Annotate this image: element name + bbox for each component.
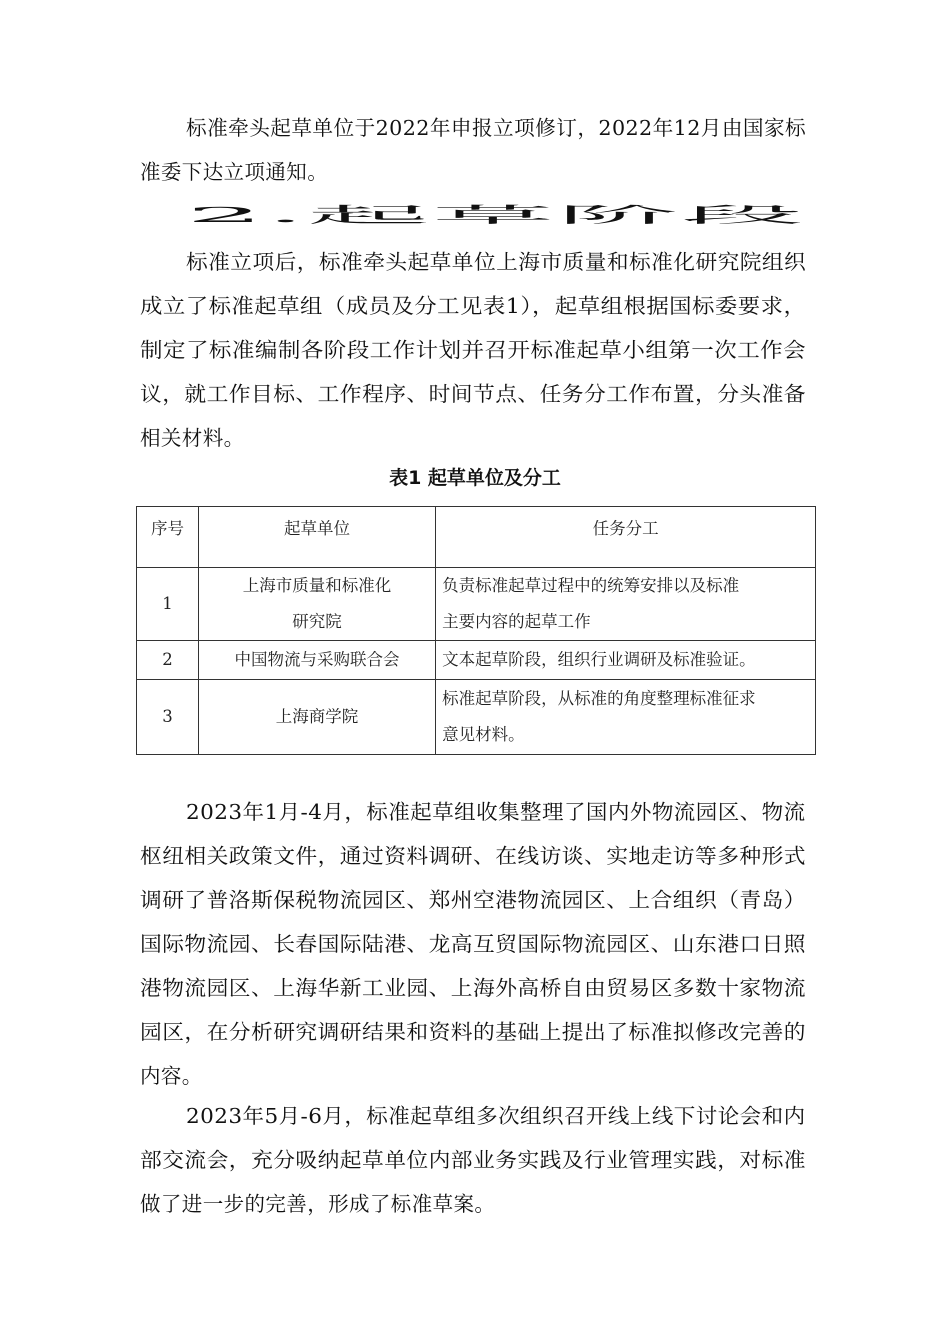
cell-no: 3 — [137, 680, 199, 755]
cell-unit: 中国物流与采购联合会 — [198, 641, 435, 680]
cell-task: 标准起草阶段，从标准的角度整理标准征求 意见材料。 — [436, 680, 816, 755]
paragraph-1-line-2: 准委下达立项通知。 — [140, 158, 328, 186]
paragraph-3-line-7: 内容。 — [140, 1062, 203, 1090]
table-row: 2 中国物流与采购联合会 文本起草阶段，组织行业调研及标准验证。 — [137, 641, 816, 680]
cell-unit-line: 上海商学院 — [205, 699, 429, 735]
cell-task-line: 意见材料。 — [442, 717, 809, 753]
cell-task: 文本起草阶段，组织行业调研及标准验证。 — [436, 641, 816, 680]
paragraph-4-line-1: 2023年5月-6月，标准起草组多次组织召开线上线下讨论会和内 — [186, 1102, 806, 1130]
cell-no: 1 — [137, 568, 199, 641]
cell-task-line: 主要内容的起草工作 — [442, 604, 809, 640]
table-caption: 表1 起草单位及分工 — [0, 464, 950, 492]
header-unit: 起草单位 — [198, 507, 435, 568]
paragraph-4-line-3: 做了进一步的完善，形成了标准草案。 — [140, 1190, 495, 1218]
cell-task: 负责标准起草过程中的统筹安排以及标准 主要内容的起草工作 — [436, 568, 816, 641]
paragraph-3-line-5: 港物流园区、上海华新工业园、上海外高桥自由贸易区多数十家物流 — [140, 974, 806, 1002]
paragraph-2-line-2: 成立了标准起草组（成员及分工见表1），起草组根据国标委要求， — [140, 292, 806, 320]
cell-unit-line: 中国物流与采购联合会 — [205, 642, 429, 678]
paragraph-1-line-1: 标准牵头起草单位于2022年申报立项修订，2022年12月由国家标 — [186, 114, 806, 142]
paragraph-3-line-4: 国际物流园、长春国际陆港、龙高互贸国际物流园区、山东港口日照 — [140, 930, 806, 958]
cell-task-line: 标准起草阶段，从标准的角度整理标准征求 — [442, 681, 809, 717]
cell-no: 2 — [137, 641, 199, 680]
cell-task-line: 负责标准起草过程中的统筹安排以及标准 — [442, 568, 809, 604]
section-heading-drafting-stage: 2.起草阶段 — [186, 201, 806, 229]
paragraph-4-line-2: 部交流会，充分吸纳起草单位内部业务实践及行业管理实践，对标准 — [140, 1146, 806, 1174]
cell-unit: 上海市质量和标准化 研究院 — [198, 568, 435, 641]
drafting-units-table: 序号 起草单位 任务分工 1 上海市质量和标准化 研究院 负责标准起草过程中的统… — [136, 506, 816, 755]
table-header-row: 序号 起草单位 任务分工 — [137, 507, 816, 568]
cell-unit-line: 研究院 — [205, 604, 429, 640]
document-page: 标准牵头起草单位于2022年申报立项修订，2022年12月由国家标 准委下达立项… — [0, 0, 950, 1344]
cell-unit-line: 上海市质量和标准化 — [205, 568, 429, 604]
header-no: 序号 — [137, 507, 199, 568]
table-row: 1 上海市质量和标准化 研究院 负责标准起草过程中的统筹安排以及标准 主要内容的… — [137, 568, 816, 641]
paragraph-3-line-2: 枢纽相关政策文件，通过资料调研、在线访谈、实地走访等多种形式 — [140, 842, 806, 870]
cell-unit: 上海商学院 — [198, 680, 435, 755]
paragraph-2-line-5: 相关材料。 — [140, 424, 245, 452]
paragraph-3-line-3: 调研了普洛斯保税物流园区、郑州空港物流园区、上合组织（青岛） — [140, 886, 806, 914]
header-task: 任务分工 — [436, 507, 816, 568]
paragraph-2-line-3: 制定了标准编制各阶段工作计划并召开标准起草小组第一次工作会 — [140, 336, 806, 364]
paragraph-2-line-4: 议，就工作目标、工作程序、时间节点、任务分工作布置，分头准备 — [140, 380, 806, 408]
cell-task-line: 文本起草阶段，组织行业调研及标准验证。 — [442, 642, 809, 678]
table-row: 3 上海商学院 标准起草阶段，从标准的角度整理标准征求 意见材料。 — [137, 680, 816, 755]
paragraph-2-line-1: 标准立项后，标准牵头起草单位上海市质量和标准化研究院组织 — [186, 248, 806, 276]
paragraph-3-line-1: 2023年1月-4月，标准起草组收集整理了国内外物流园区、物流 — [186, 798, 806, 826]
paragraph-3-line-6: 园区，在分析研究调研结果和资料的基础上提出了标准拟修改完善的 — [140, 1018, 806, 1046]
